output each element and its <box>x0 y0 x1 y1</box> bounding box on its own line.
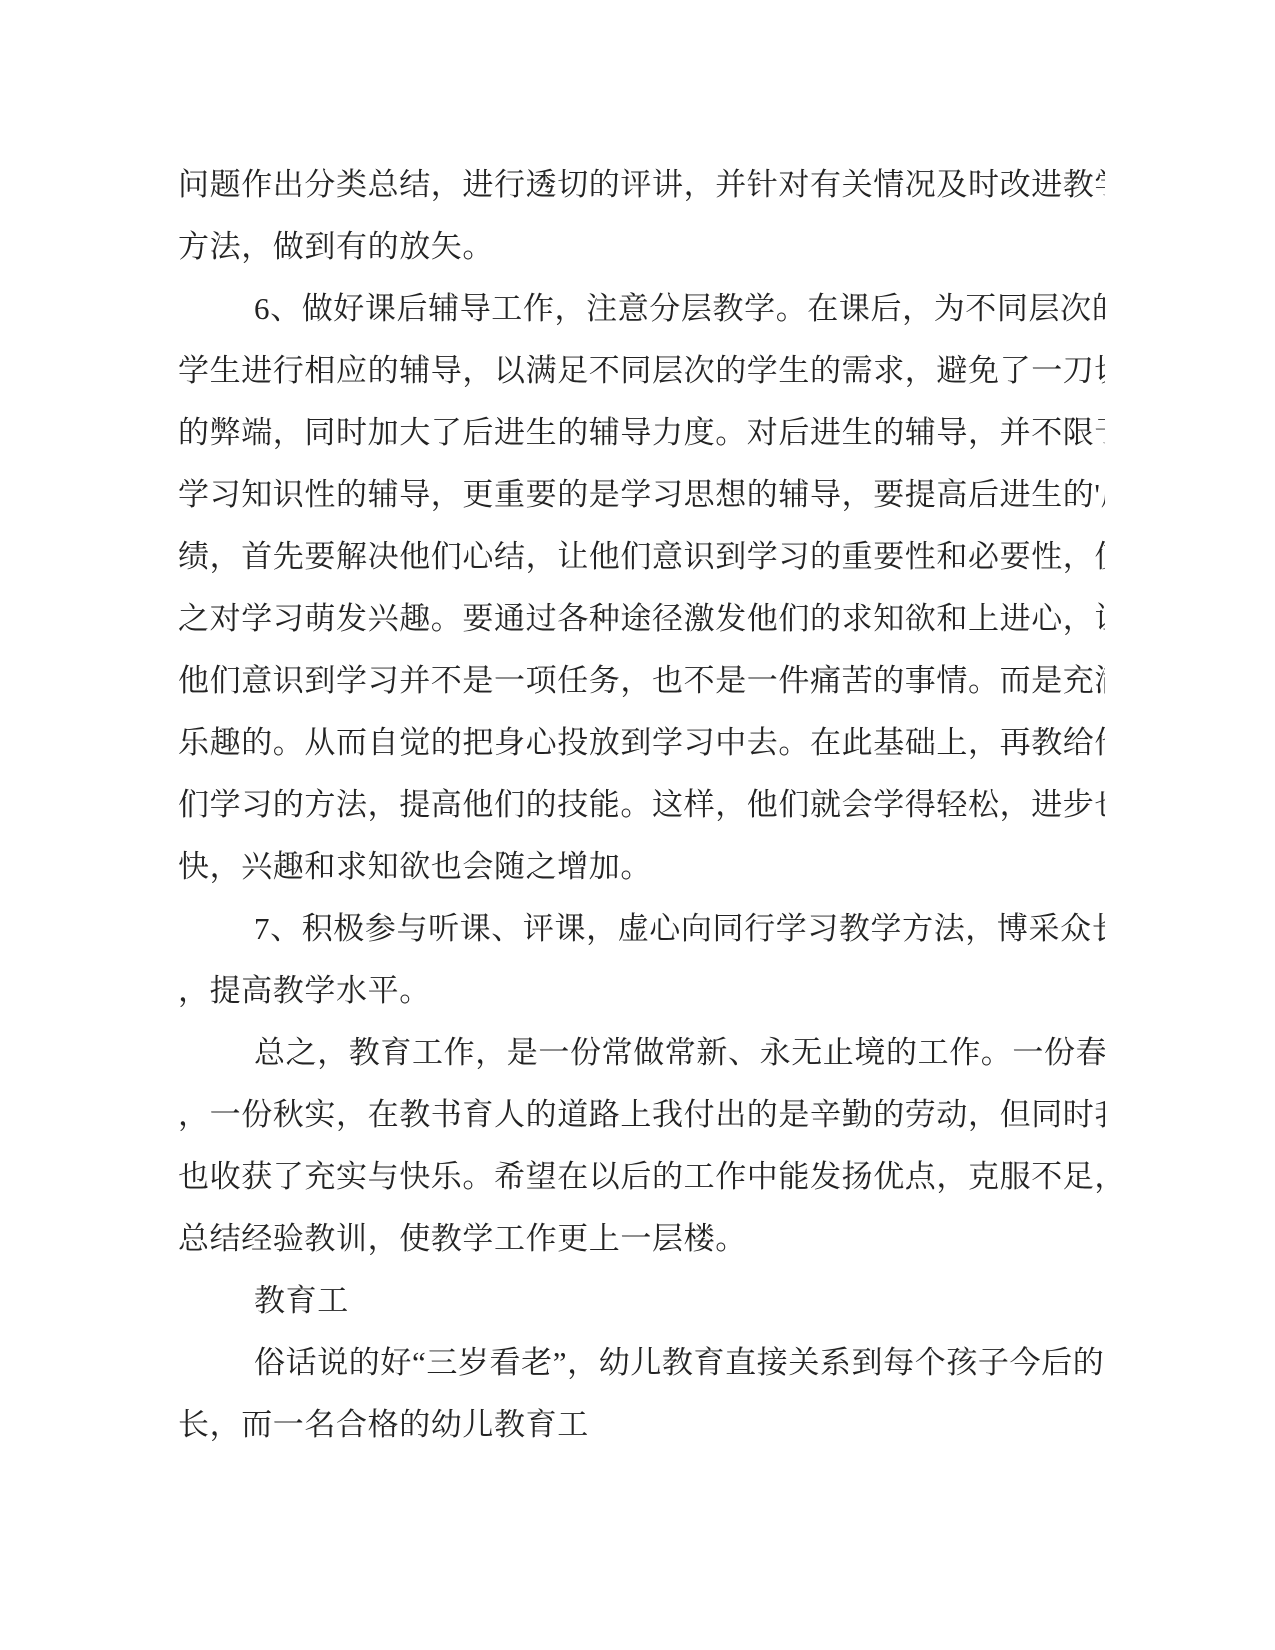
text-line: ，一份秋实，在教书育人的道路上我付出的是辛勤的劳动，但同时我 <box>178 1084 1105 1146</box>
text-line: 总之，教育工作，是一份常做常新、永无止境的工作。一份春华 <box>178 1022 1105 1084</box>
text-line: 的弊端，同时加大了后进生的辅导力度。对后进生的辅导，并不限于 <box>178 402 1105 464</box>
text-line: 他们意识到学习并不是一项任务，也不是一件痛苦的事情。而是充满 <box>178 650 1105 712</box>
text-line: 快，兴趣和求知欲也会随之增加。 <box>178 836 1105 898</box>
document-page: 问题作出分类总结，进行透切的评讲，并针对有关情况及时改进教学方法，做到有的放矢。… <box>0 0 1275 1650</box>
text-line: 总结经验教训，使教学工作更上一层楼。 <box>178 1208 1105 1270</box>
text-line: 学生进行相应的辅导，以满足不同层次的学生的需求，避免了一刀切 <box>178 340 1105 402</box>
document-body: 问题作出分类总结，进行透切的评讲，并针对有关情况及时改进教学方法，做到有的放矢。… <box>178 154 1105 1456</box>
text-line: 方法，做到有的放矢。 <box>178 216 1105 278</box>
text-line: 也收获了充实与快乐。希望在以后的工作中能发扬优点，克服不足， <box>178 1146 1105 1208</box>
text-line: 7、积极参与听课、评课，虚心向同行学习教学方法，博采众长 <box>178 898 1105 960</box>
text-line: 之对学习萌发兴趣。要通过各种途径激发他们的求知欲和上进心，让 <box>178 588 1105 650</box>
text-line: 俗话说的好“三岁看老”，幼儿教育直接关系到每个孩子今后的成 <box>178 1332 1105 1394</box>
text-line: 教育工 <box>178 1270 1105 1332</box>
text-line: ，提高教学水平。 <box>178 960 1105 1022</box>
text-line: 绩，首先要解决他们心结，让他们意识到学习的重要性和必要性，使 <box>178 526 1105 588</box>
text-line: 6、做好课后辅导工作，注意分层教学。在课后，为不同层次的 <box>178 278 1105 340</box>
text-line: 长，而一名合格的幼儿教育工 <box>178 1394 1105 1456</box>
text-line: 问题作出分类总结，进行透切的评讲，并针对有关情况及时改进教学 <box>178 154 1105 216</box>
text-line: 们学习的方法，提高他们的技能。这样，他们就会学得轻松，进步也 <box>178 774 1105 836</box>
text-line: 学习知识性的辅导，更重要的是学习思想的辅导，要提高后进生的'成 <box>178 464 1105 526</box>
text-line: 乐趣的。从而自觉的把身心投放到学习中去。在此基础上，再教给他 <box>178 712 1105 774</box>
